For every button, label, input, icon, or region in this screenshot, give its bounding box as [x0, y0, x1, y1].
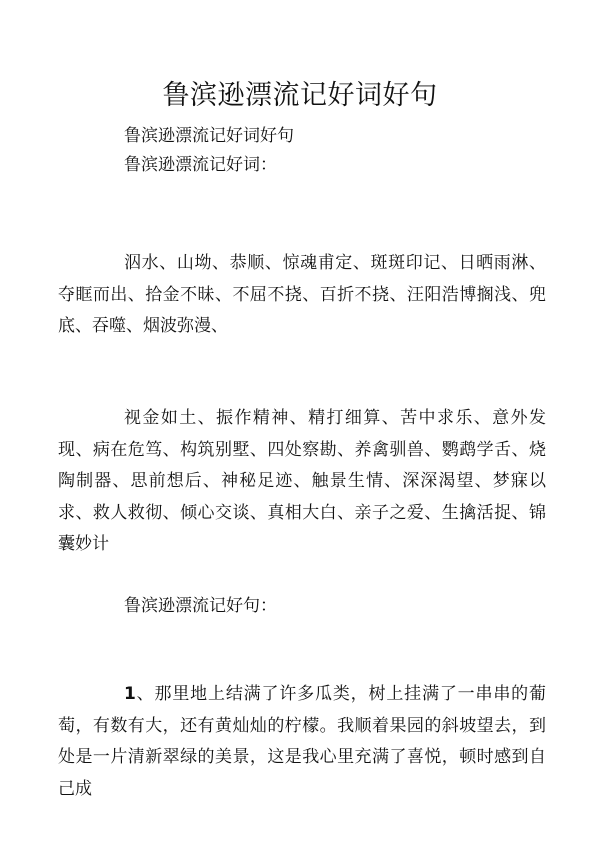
document-subtitle: 鲁滨逊漂流记好词好句 [124, 125, 294, 147]
good-words-heading: 鲁滨逊漂流记好词： [124, 154, 277, 176]
document-page: 鲁滨逊漂流记好词好句 鲁滨逊漂流记好词好句 鲁滨逊漂流记好词： 泅水、山坳、恭顺… [0, 0, 600, 848]
good-words-paragraph-1: 泅水、山坳、恭顺、惊魂甫定、斑斑印记、日晒雨淋、夺眶而出、拾金不昧、不屈不挠、百… [58, 248, 546, 343]
document-title: 鲁滨逊漂流记好词好句 [0, 78, 600, 114]
good-sentences-heading: 鲁滨逊漂流记好句： [124, 595, 277, 617]
good-words-paragraph-2: 视金如土、振作精神、精打细算、苦中求乐、意外发现、病在危笃、构筑别墅、四处察勘、… [58, 403, 546, 561]
good-sentence-1: 1、那里地上结满了许多瓜类，树上挂满了一串串的葡萄，有数有大，还有黄灿灿的柠檬。… [58, 679, 546, 805]
sentence-number: 1 [124, 684, 136, 704]
